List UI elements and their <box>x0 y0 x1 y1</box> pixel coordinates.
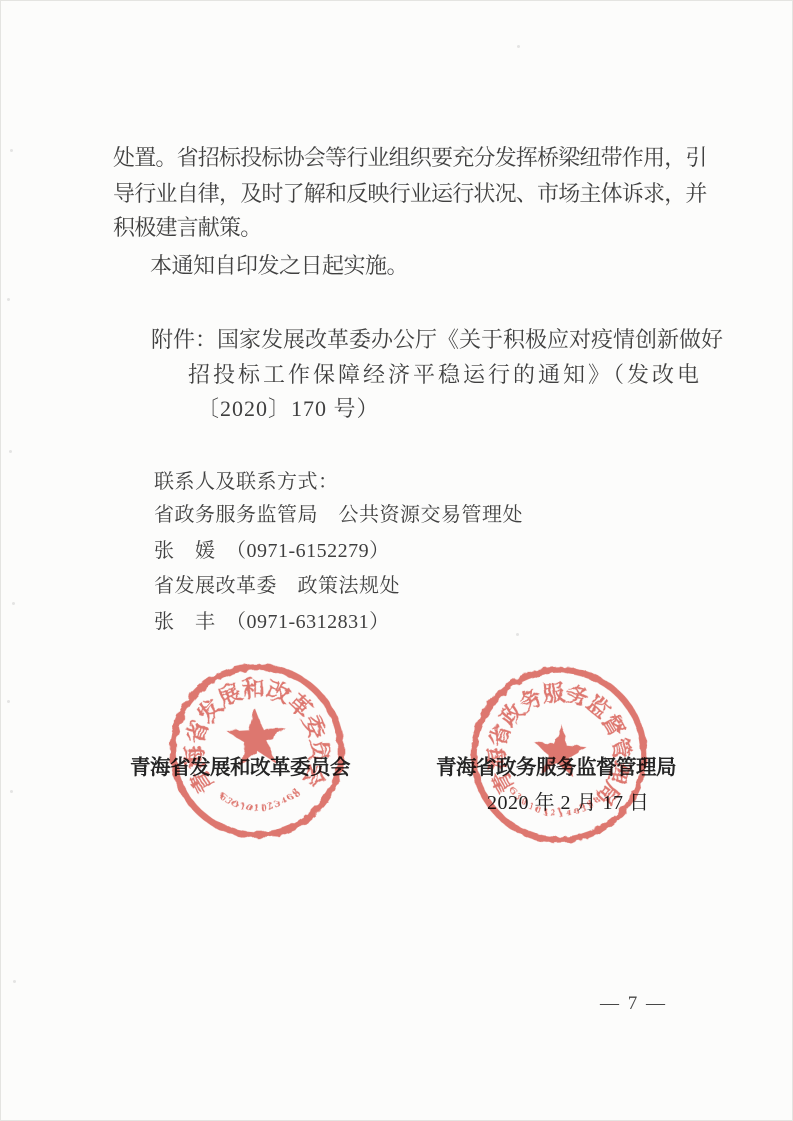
svg-text:委: 委 <box>298 711 330 742</box>
svg-text:3: 3 <box>223 795 233 807</box>
text-line: 张 丰 （0971-6312831） <box>154 612 390 632</box>
scan-speck <box>516 633 519 636</box>
text-line: 〔2020〕170 号） <box>197 398 380 420</box>
svg-text:8: 8 <box>291 788 302 800</box>
svg-text:1: 1 <box>253 804 259 814</box>
text-line: 处置。省招标投标协会等行业组织要充分发挥桥梁纽带作用，引 <box>113 147 707 169</box>
svg-text:督: 督 <box>597 710 629 741</box>
svg-text:服: 服 <box>541 680 566 707</box>
text-line: 招投标工作保障经济平稳运行的通知》（发改电 <box>188 364 702 386</box>
text-line: 张 媛 （0971-6152279） <box>154 541 390 561</box>
text-line: 积极建言献策。 <box>113 217 261 239</box>
svg-text:省: 省 <box>485 721 516 750</box>
text-line: 本通知自印发之日起实施。 <box>150 255 408 277</box>
scan-speck <box>517 45 520 48</box>
svg-text:监: 监 <box>582 690 615 723</box>
svg-text:展: 展 <box>214 679 246 712</box>
text-line: 附件：国家发展改革委办公厅《关于积极应对疫情创新做好 <box>151 329 723 351</box>
scan-speck <box>7 700 10 703</box>
svg-text:发: 发 <box>192 693 227 727</box>
scan-speck <box>10 149 13 152</box>
svg-text:和: 和 <box>242 676 266 702</box>
svg-text:改: 改 <box>263 676 294 708</box>
text-line: 省发展改革委 政策法规处 <box>154 576 400 596</box>
left-organization-name: 青海省发展和改革委员会 <box>130 758 350 779</box>
right-organization-name: 青海省政务服务监督管理局 <box>436 758 676 779</box>
svg-text:务: 务 <box>563 681 591 711</box>
document-date: 2020 年 2 月 17 日 <box>487 793 650 813</box>
text-line: 省政务服务监管局 公共资源交易管理处 <box>154 505 523 525</box>
svg-text:6: 6 <box>285 792 296 804</box>
svg-text:1: 1 <box>237 801 246 812</box>
scan-speck <box>13 980 16 983</box>
svg-text:省: 省 <box>182 718 213 747</box>
svg-text:革: 革 <box>283 689 317 723</box>
scan-speck <box>9 450 12 453</box>
svg-text:0: 0 <box>245 803 253 814</box>
scan-page: 青海省发展和改革委员会 青海省政务服务监督管理局 2020 年 2 月 17 日… <box>0 0 793 1121</box>
svg-text:6: 6 <box>217 791 228 803</box>
svg-text:0: 0 <box>260 803 267 814</box>
text-line: 导行业自律，及时了解和反映行业运行状况、市场主体诉求，并 <box>113 183 707 205</box>
scan-speck <box>7 298 10 301</box>
text-line: 联系人及联系方式： <box>154 472 339 492</box>
svg-text:0: 0 <box>230 799 240 811</box>
page-number: — 7 — <box>600 993 667 1015</box>
development-reform-commission-seal: 青海省发展和改革委员会630101023468 <box>159 653 355 849</box>
scan-speck <box>12 602 15 605</box>
svg-text:4: 4 <box>279 796 289 808</box>
svg-text:政: 政 <box>495 698 528 731</box>
svg-text:3: 3 <box>273 799 282 811</box>
service-supervision-administration-seal: 青海省政务服务监督管理局6301012148988 <box>460 656 658 854</box>
scan-speck <box>10 790 13 793</box>
svg-text:2: 2 <box>267 802 275 813</box>
svg-text:务: 务 <box>515 684 546 716</box>
